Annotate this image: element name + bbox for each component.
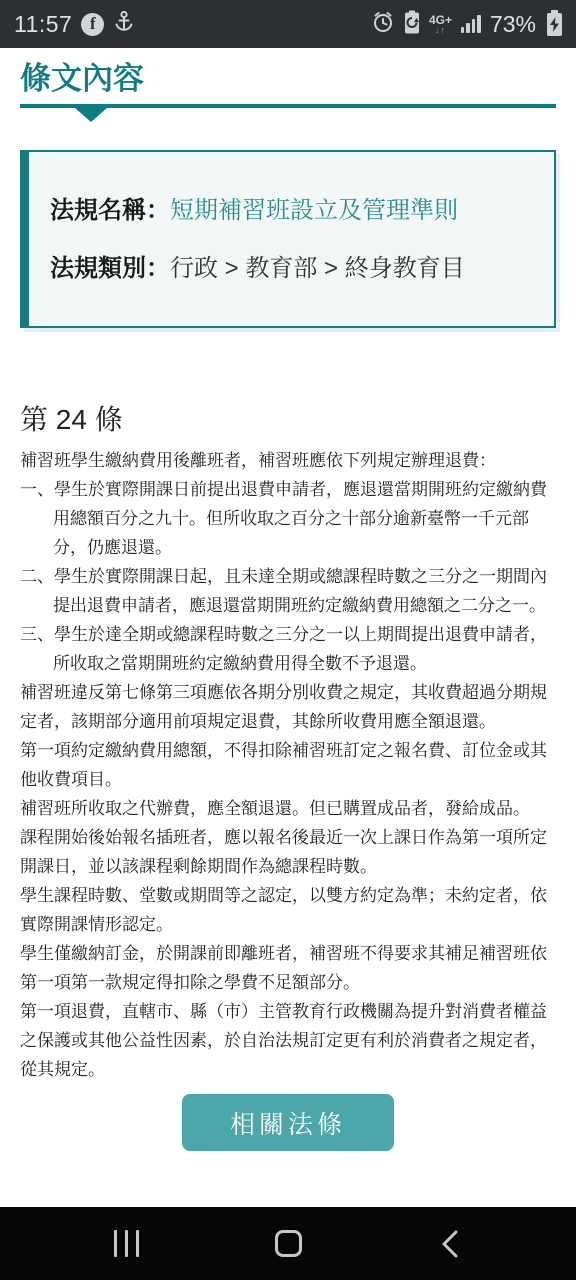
android-nav-bar bbox=[0, 1207, 576, 1280]
article-paragraph: 二、學生於實際開課日起，且未達全期或總課程時數之三分之一期間內提出退費申請者，應… bbox=[20, 562, 556, 620]
related-articles-button[interactable]: 相關法條 bbox=[182, 1094, 394, 1151]
recents-button[interactable] bbox=[100, 1218, 152, 1270]
alarm-icon bbox=[371, 10, 395, 39]
network-activity-arrows: ↓↑ bbox=[435, 26, 446, 35]
article-paragraph: 第一項約定繳納費用總額，不得扣除補習班訂定之報名費、訂位金或其他收費項目。 bbox=[20, 736, 556, 794]
recents-icon bbox=[114, 1230, 139, 1257]
law-category-value: 行政 > 教育部 > 終身教育目 bbox=[170, 255, 465, 282]
law-name-row: 法規名稱：短期補習班設立及管理準則 bbox=[50, 196, 534, 226]
clock-text: 11:57 bbox=[14, 11, 72, 38]
article-paragraph: 補習班違反第七條第三項應依各期分別收費之規定，其收費超過分期規定者，該期部分適用… bbox=[20, 678, 556, 736]
page-content: 條文內容 法規名稱：短期補習班設立及管理準則 法規類別：行政 > 教育部 > 終… bbox=[0, 61, 576, 1151]
law-info-box: 法規名稱：短期補習班設立及管理準則 法規類別：行政 > 教育部 > 終身教育目 bbox=[20, 150, 556, 328]
facebook-icon: f bbox=[81, 13, 104, 36]
article-number-heading: 第 24 條 bbox=[20, 400, 556, 440]
article-paragraph: 第一項退費，直轄市、縣（市）主管教育行政機關為提升對消費者權益之保護或其他公益性… bbox=[20, 997, 556, 1084]
article-paragraph: 三、學生於達全期或總課程時數之三分之一以上期間提出退費申請者，所收取之當期開班約… bbox=[20, 620, 556, 678]
title-pointer-triangle bbox=[75, 108, 107, 122]
article-paragraph: 課程開始後始報名插班者，應以報名後最近一次上課日作為第一項所定開課日，並以該課程… bbox=[20, 823, 556, 881]
law-category-label: 法規類別： bbox=[50, 255, 170, 282]
article-paragraph: 補習班所收取之代辦費，應全額退還。但已購置成品者，發給成品。 bbox=[20, 794, 556, 823]
article-paragraph: 學生僅繳納訂金，於開課前即離班者，補習班不得要求其補足補習班依第一項第一款規定得… bbox=[20, 939, 556, 997]
back-button[interactable] bbox=[424, 1218, 476, 1270]
battery-charging-icon bbox=[547, 13, 562, 36]
signal-icon bbox=[461, 15, 481, 33]
anchor-icon bbox=[113, 10, 135, 39]
law-name-link[interactable]: 短期補習班設立及管理準則 bbox=[170, 197, 458, 224]
page-title: 條文內容 bbox=[20, 61, 556, 97]
article-paragraph: 學生課程時數、堂數或期間等之認定，以雙方約定為準；未約定者，依實際開課情形認定。 bbox=[20, 881, 556, 939]
network-type-indicator: 4G+ ↓↑ bbox=[429, 14, 452, 35]
phone-screen: 11:57 f bbox=[0, 0, 576, 1280]
back-icon bbox=[439, 1229, 461, 1259]
battery-percent-text: 73% bbox=[490, 11, 536, 38]
home-icon bbox=[275, 1230, 302, 1257]
home-button[interactable] bbox=[262, 1218, 314, 1270]
status-bar: 11:57 f bbox=[0, 0, 576, 48]
article-paragraph: 一、學生於實際開課日前提出退費申請者，應退還當期開班約定繳納費用總額百分之九十。… bbox=[20, 475, 556, 562]
article-paragraph: 補習班學生繳納費用後離班者，補習班應依下列規定辦理退費： bbox=[20, 446, 556, 475]
article-body: 補習班學生繳納費用後離班者，補習班應依下列規定辦理退費：一、學生於實際開課日前提… bbox=[20, 446, 556, 1084]
battery-saver-icon bbox=[404, 10, 420, 39]
law-name-label: 法規名稱： bbox=[50, 197, 170, 224]
law-category-row: 法規類別：行政 > 教育部 > 終身教育目 bbox=[50, 254, 534, 284]
network-type-label: 4G+ bbox=[429, 14, 452, 26]
